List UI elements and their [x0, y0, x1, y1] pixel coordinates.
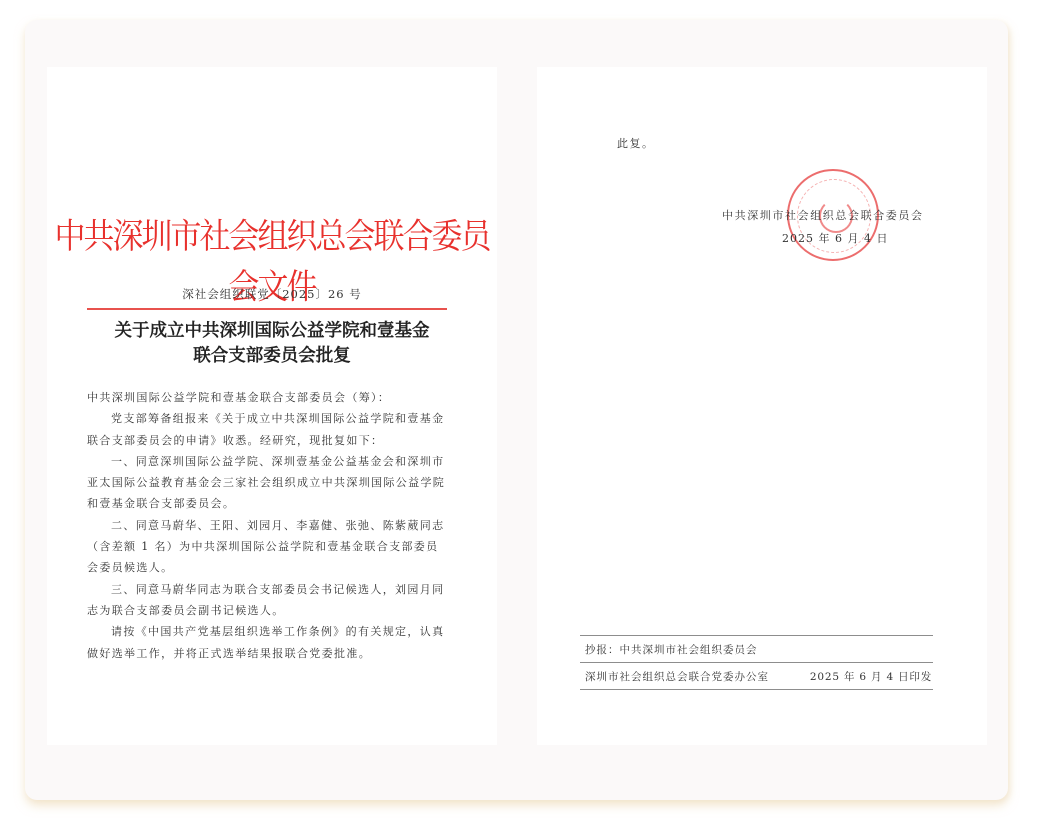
body-paragraph: 党支部筹备组报来《关于成立中共深圳国际公益学院和壹基金联合支部委员会的申请》收悉… — [87, 408, 447, 451]
signature-organization: 中共深圳市社会组织总会联合委员会 — [722, 207, 924, 223]
issued-date: 2025 年 6 月 4 日印发 — [810, 669, 932, 684]
divider-bottom — [580, 689, 933, 690]
document-title: 关于成立中共深圳国际公益学院和壹基金 联合支部委员会批复 — [47, 319, 497, 369]
body-paragraph: 三、同意马蔚华同志为联合支部委员会书记候选人，刘园月同志为联合支部委员会副书记候… — [87, 579, 447, 622]
document-body: 中共深圳国际公益学院和壹基金联合支部委员会（筹）：党支部筹备组报来《关于成立中共… — [87, 387, 447, 664]
signature-date: 2025 年 6 月 4 日 — [782, 230, 888, 246]
issuer: 深圳市社会组织总会联合党委办公室 — [585, 669, 769, 684]
document-number: 深社会组织联党〔2025〕26 号 — [47, 286, 497, 302]
divider-top — [580, 635, 933, 636]
title-line-1: 关于成立中共深圳国际公益学院和壹基金 — [47, 319, 497, 344]
cc-line: 抄报：中共深圳市社会组织委员会 — [585, 642, 758, 657]
divider-middle — [580, 662, 933, 663]
document-page-2: 此复。 中共深圳市社会组织总会联合委员会 2025 年 6 月 4 日 抄报：中… — [537, 67, 987, 745]
closing-text: 此复。 — [617, 135, 655, 151]
body-paragraph: 请按《中国共产党基层组织选举工作条例》的有关规定，认真做好选举工作，并将正式选举… — [87, 621, 447, 664]
body-paragraph: 二、同意马蔚华、王阳、刘园月、李嘉健、张弛、陈紫葳同志（含差额 1 名）为中共深… — [87, 515, 447, 579]
title-line-2: 联合支部委员会批复 — [47, 344, 497, 369]
body-paragraph: 一、同意深圳国际公益学院、深圳壹基金公益基金会和深圳市亚太国际公益教育基金会三家… — [87, 451, 447, 515]
red-divider — [87, 308, 447, 310]
document-page-1: 中共深圳市社会组织总会联合委员会文件 深社会组织联党〔2025〕26 号 关于成… — [47, 67, 497, 745]
body-paragraph: 中共深圳国际公益学院和壹基金联合支部委员会（筹）： — [87, 387, 447, 408]
